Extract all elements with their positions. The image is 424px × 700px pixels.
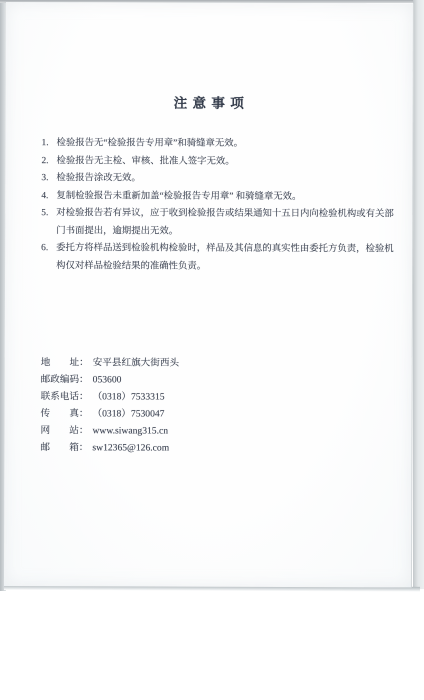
contact-row-address: 地 址：安平县红旗大街西头 — [41, 354, 179, 371]
contact-row-email: 邮 箱：sw12365@126.com — [40, 439, 178, 456]
note-number: 4. — [41, 188, 48, 206]
contact-row-fax: 传 真：（0318）7530047 — [41, 405, 179, 422]
contact-label: 网 站： — [40, 422, 88, 439]
note-item-6: 6. 委托方将样品送到检验机构检验时，样品及其信息的真实性由委托方负责，检验机构… — [5, 240, 406, 276]
contact-value: www.siwang315.cn — [92, 425, 168, 436]
contact-label: 邮政编码： — [41, 371, 89, 388]
note-number: 1. — [41, 135, 48, 153]
note-text: 检验报告无主检、审核、批准人签字无效。 — [56, 156, 234, 167]
scan-right-edge — [413, 0, 424, 589]
contact-row-website: 网 站：www.siwang315.cn — [40, 422, 178, 439]
contact-value: （0318）7533315 — [93, 391, 165, 402]
contact-value: 安平县红旗大街西头 — [93, 357, 179, 368]
note-text: 对检验报告若有异议，应于收到检验报告或结果通知十五日内向检验机构或有关部门书面提… — [56, 208, 394, 236]
note-text: 检验报告涂改无效。 — [56, 173, 140, 183]
contact-row-postcode: 邮政编码：053600 — [41, 371, 179, 388]
contact-label: 地 址： — [41, 354, 89, 371]
contact-label: 传 真： — [41, 405, 89, 422]
contact-block: 地 址：安平县红旗大街西头 邮政编码：053600 联系电话：（0318）753… — [40, 354, 179, 456]
note-item-4: 4. 复制检验报告未重新加盖“检验报告专用章” 和骑缝章无效。 — [5, 187, 406, 206]
note-number: 3. — [41, 170, 48, 188]
note-item-2: 2. 检验报告无主检、审核、批准人签字无效。 — [5, 152, 406, 171]
note-item-1: 1. 检验报告无“检验报告专用章”和骑缝章无效。 — [5, 135, 406, 154]
note-item-5: 5. 对检验报告若有异议，应于收到检验报告或结果通知十五日内向检验机构或有关部门… — [5, 205, 406, 241]
note-text: 检验报告无“检验报告专用章”和骑缝章无效。 — [56, 138, 242, 149]
page-title: 注 意 事 项 — [6, 91, 413, 112]
contact-row-phone: 联系电话：（0318）7533315 — [41, 388, 179, 405]
contact-label: 联系电话： — [41, 388, 89, 405]
document-page: 注 意 事 项 1. 检验报告无“检验报告专用章”和骑缝章无效。 2. 检验报告… — [4, 2, 414, 587]
note-number: 5. — [41, 205, 48, 223]
contact-value: 053600 — [93, 374, 122, 385]
contact-label: 邮 箱： — [40, 439, 88, 456]
note-number: 6. — [41, 240, 48, 258]
contact-value: （0318）7530047 — [93, 408, 165, 419]
note-number: 2. — [41, 153, 48, 171]
contact-value: sw12365@126.com — [92, 442, 169, 453]
note-text: 复制检验报告未重新加盖“检验报告专用章” 和骑缝章无效。 — [56, 191, 301, 202]
note-text: 委托方将样品送到检验机构检验时，样品及其信息的真实性由委托方负责，检验机构仅对样… — [56, 243, 394, 271]
note-item-3: 3. 检验报告涂改无效。 — [5, 170, 406, 189]
notes-list: 1. 检验报告无“检验报告专用章”和骑缝章无效。 2. 检验报告无主检、审核、批… — [5, 135, 406, 276]
scanned-document-canvas: 注 意 事 项 1. 检验报告无“检验报告专用章”和骑缝章无效。 2. 检验报告… — [0, 0, 424, 700]
